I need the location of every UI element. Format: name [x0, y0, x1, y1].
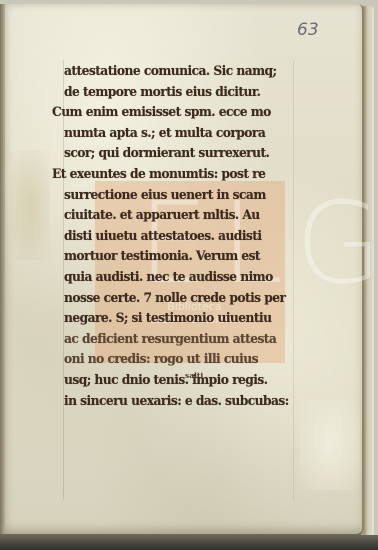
parchment-stain [10, 150, 50, 260]
gutter-edge [0, 4, 5, 534]
text-line-16: usq; huc dnio tenis. impio regis. [64, 371, 287, 392]
text-line-6: Et exeuntes de monumtis: post re [52, 165, 286, 186]
text-line-4: numta apta s.; et multa corpora [64, 124, 287, 145]
interlinear-gloss: salti [185, 371, 203, 380]
text-line-10: mortuor testimonia. Verum est [64, 247, 287, 268]
text-line-9: disti uiuetu attestatoes. audisti [64, 227, 287, 248]
text-line-12: nosse certe. 7 nolle crede potis per [64, 289, 287, 310]
text-line-3: Cum enim emisisset spm. ecce mo [52, 103, 286, 124]
text-line-14: ac deficient resurgentium attesta [64, 330, 287, 351]
manuscript-text-block: attestatione comunica. Sic namq; de temp… [64, 62, 304, 412]
folio-number: 63 [297, 20, 319, 40]
bottom-shadow [0, 535, 378, 550]
text-line-1: attestatione comunica. Sic namq; [64, 62, 287, 83]
text-line-15: oni no credis: rogo ut illi cuius [64, 350, 287, 371]
text-line-17: in sinceru uexaris: e das. subcubas: [64, 392, 287, 413]
text-line-5: scor; qui dormierant surrexerut. [64, 144, 287, 165]
text-line-8: ciuitate. et apparuert mltis. Au [64, 206, 287, 227]
text-line-2: de tempore mortis eius dicitur. [64, 83, 287, 104]
text-line-7: surrectione eius uenert in scam [64, 186, 287, 207]
text-line-13: negare. S; si testimonio uiuentiu [64, 309, 287, 330]
parchment-highlight [300, 400, 360, 490]
text-line-11: quia audisti. nec te audisse nimo [64, 268, 287, 289]
